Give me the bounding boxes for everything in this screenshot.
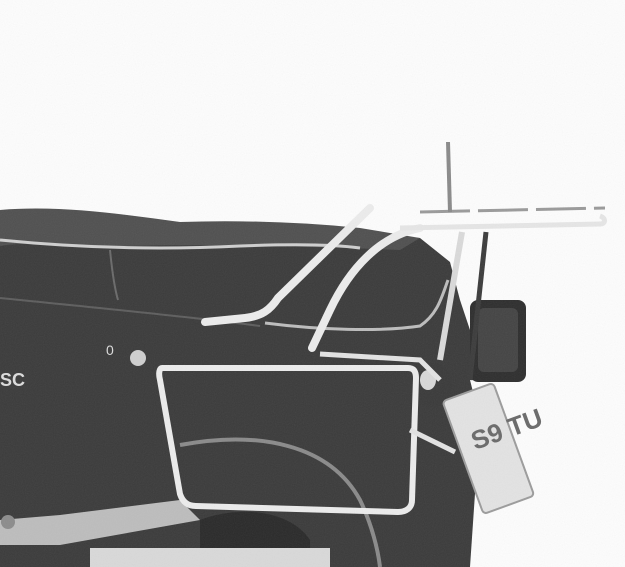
motorcycle-photo: S9 TU SC 0 xyxy=(0,0,625,567)
photo-illustration: S9 TU SC 0 xyxy=(0,0,625,567)
